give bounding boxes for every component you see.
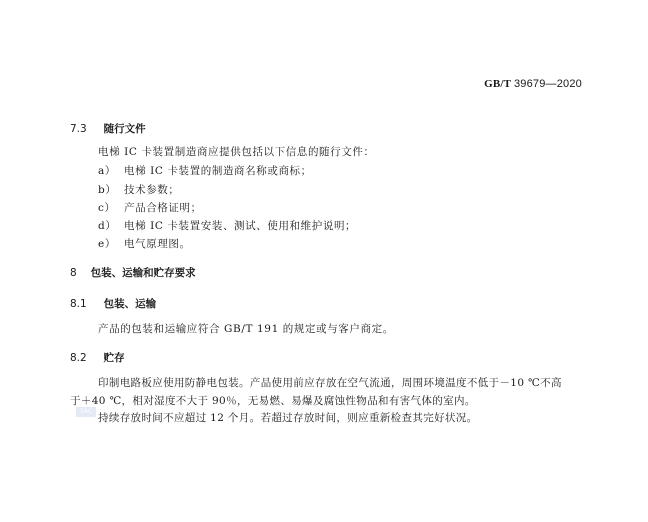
list-item-d: d）电梯 IC 卡装置安装、测试、使用和维护说明；	[98, 218, 356, 233]
section-title: 包装、运输和贮存要求	[91, 267, 196, 279]
section-title: 包装、运输	[104, 298, 157, 310]
section-8-2-heading: 8.2 贮存	[70, 350, 125, 365]
section-8-1-heading: 8.1 包装、运输	[70, 296, 156, 311]
list-item-a: a）电梯 IC 卡装置的制造商名称或商标；	[98, 163, 312, 178]
list-item-c: c）产品合格证明；	[98, 200, 202, 215]
list-marker: b）	[98, 182, 124, 197]
section-number: 8.1	[70, 298, 100, 310]
section-number: 8	[70, 267, 87, 279]
list-item-b: b）技术参数；	[98, 182, 180, 197]
section-title: 贮存	[104, 352, 125, 364]
section-8-heading: 8 包装、运输和贮存要求	[70, 265, 196, 280]
list-text: 电气原理图。	[124, 238, 191, 250]
standard-number: 39679—2020	[514, 78, 582, 90]
section-8-2-line-1: 印制电路板应使用防静电包装。产品使用前应存放在空气流通，周围环境温度不低于－10…	[98, 375, 562, 390]
list-marker: c）	[98, 200, 124, 215]
section-title: 随行文件	[104, 123, 146, 135]
section-number: 8.2	[70, 352, 100, 364]
list-marker: d）	[98, 218, 124, 233]
watermark-logo: SAC	[76, 407, 96, 417]
section-8-2-line-3: 持续存放时间不应超过 12 个月。若超过存放时间，则应重新检查其完好状况。	[98, 410, 477, 425]
section-7-3-intro: 电梯 IC 卡装置制造商应提供包括以下信息的随行文件：	[98, 144, 375, 159]
list-text: 技术参数；	[124, 184, 180, 196]
list-marker: e）	[98, 236, 124, 251]
section-8-1-body: 产品的包装和运输应符合 GB/T 191 的规定或与客户商定。	[98, 321, 394, 336]
section-7-3-heading: 7.3 随行文件	[70, 121, 146, 136]
standard-prefix: GB/T	[484, 78, 511, 90]
list-marker: a）	[98, 163, 124, 178]
standard-code: GB/T 39679—2020	[484, 78, 582, 90]
section-8-2-line-2: 于＋40 ℃，相对湿度不大于 90％，无易燃、易爆及腐蚀性物品和有害气体的室内。	[70, 393, 476, 408]
list-item-e: e）电气原理图。	[98, 236, 191, 251]
list-text: 产品合格证明；	[124, 202, 202, 214]
list-text: 电梯 IC 卡装置的制造商名称或商标；	[124, 165, 312, 177]
section-number: 7.3	[70, 123, 100, 135]
list-text: 电梯 IC 卡装置安装、测试、使用和维护说明；	[124, 220, 356, 232]
